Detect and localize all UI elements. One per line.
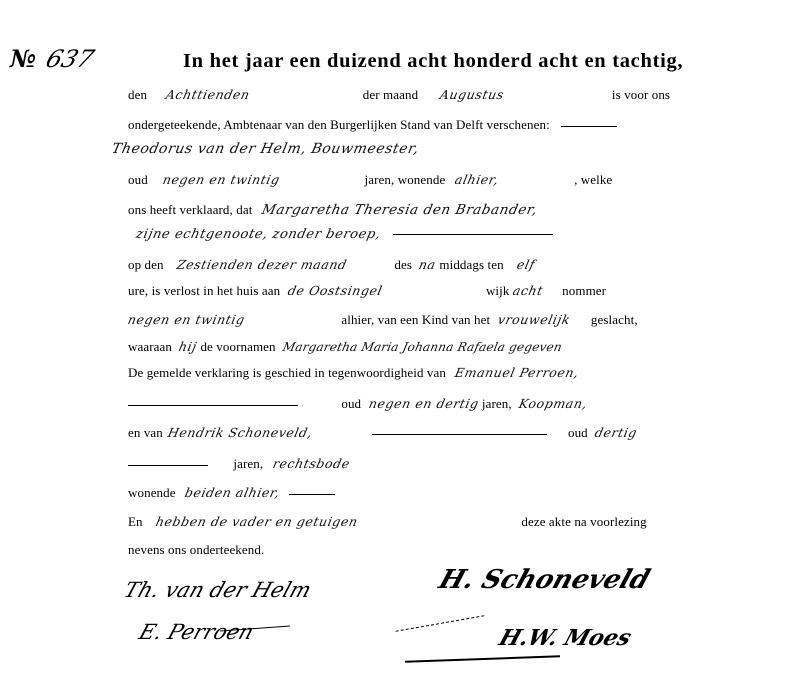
printed-text: den [128,87,147,102]
handwritten-witness1-occupation: Koopman, [517,396,589,412]
signature-witness2: H. Schoneveld [435,565,653,595]
fill-rule [128,405,298,406]
certificate-number: № 637 [10,44,93,73]
line-house-number-sex: negen en twintig alhier, van een Kind va… [128,312,638,328]
line-witness1-age: oud negen en dertig jaren, Koopman, [128,396,587,412]
line-declarant: Theodorus van der Helm, Bouwmeester, [112,141,419,157]
line-date: den Achttienden der maand Augustus is vo… [128,87,670,103]
printed-text: nevens ons onderteekend. [128,542,264,557]
printed-text: oud [568,425,588,440]
printed-text: oud [128,172,148,187]
handwritten-house-number: negen en twintig [126,312,319,328]
printed-text: En [128,514,143,529]
printed-text: waaraan [128,339,172,354]
handwritten-street: de Oostsingel [286,283,434,299]
line-mother: ons heeft verklaard, dat Margaretha Ther… [128,202,537,218]
handwritten-hour: elf [515,257,536,273]
line-witness2-occupation: jaren, rechtsbode [128,456,349,472]
fill-rule [372,434,547,435]
handwritten-witness2-age: dertig [593,425,638,441]
printed-text: middags ten [439,257,503,272]
printed-text: ondergeteekende, Ambtenaar van den Burge… [128,117,550,132]
printed-text: en van [128,425,163,440]
number-sign: № [10,44,36,73]
line-birth-place: ure, is verlost in het huis aan de Oosts… [128,283,606,299]
line-witness2: en van Hendrik Schoneveld, oud dertig [128,425,637,441]
handwritten-given-names: Margaretha Maria Johanna Rafaela gegeven [281,339,563,355]
printed-text: jaren, [482,396,512,411]
handwritten-age: negen en twintig [161,172,324,188]
handwritten-witness2: Hendrik Schoneveld, [167,425,370,441]
handwritten-witness1-age: negen en dertig [367,396,480,412]
fill-rule [561,126,617,127]
printed-text: jaren, [233,456,263,471]
printed-text: wijk [486,283,510,298]
printed-text: nommer [562,283,606,298]
line-witness-residence: wonende beiden alhier, [128,485,335,501]
line-closing: nevens ons onderteekend. [128,542,264,558]
handwritten-witness-residence: beiden alhier, [183,485,281,501]
signature-flourish [396,615,485,632]
printed-text: ons heeft verklaard, dat [128,202,252,217]
printed-text: wonende [128,485,176,500]
handwritten-pronoun: hij [178,339,199,355]
handwritten-witness1: Emanuel Perroen, [454,365,581,381]
printed-text: ure, is verlost in het huis aan [128,283,280,298]
handwritten-signers: hebben de vader en getuigen [154,514,497,530]
line-given-names: waaraan hij de voornamen Margaretha Mari… [128,339,562,355]
handwritten-ward: acht [511,283,554,299]
handwritten-mother: Margaretha Theresia den Brabander, [260,202,539,218]
handwritten-birth-day: Zestienden dezer maand [175,257,388,273]
fill-rule [128,465,208,466]
printed-text: deze akte na voorlezing [521,514,646,529]
handwritten-residence: alhier, [453,172,536,188]
fill-rule [393,234,553,235]
printed-text: , welke [574,172,612,187]
number-value: 637 [43,45,98,73]
printed-text: de voornamen [200,339,275,354]
signature-registrar: H.W. Moes [496,625,635,651]
line-witnesses-intro: De gemelde verklaring is geschied in teg… [128,365,579,381]
handwritten-declarant: Theodorus van der Helm, Bouwmeester, [110,141,420,157]
handwritten-period: na [418,257,438,273]
handwritten-day: Achttienden [165,87,343,103]
line-mother-status: zijne echtgenoote, zonder beroep, [136,226,553,243]
handwritten-witness2-occupation: rechtsbode [271,456,351,472]
printed-text: alhier, van een Kind van het [341,312,490,327]
handwritten-month: Augustus [438,87,596,103]
line-registrar: ondergeteekende, Ambtenaar van den Burge… [128,117,617,133]
printed-text: is voor ons [612,87,670,102]
signature-witness1: E. Perroen [136,620,257,644]
signature-underline [405,655,560,662]
printed-text: des [394,257,412,272]
printed-text: geslacht, [591,312,638,327]
handwritten-sex: vrouwelijk [496,312,589,328]
signature-father: Th. van der Helm [121,578,314,602]
printed-text: oud [341,396,361,411]
line-age-residence: oud negen en twintig jaren, wonende alhi… [128,172,612,188]
document-title: In het jaar een duizend acht honderd ach… [183,50,683,73]
printed-text: De gemelde verklaring is geschied in teg… [128,365,446,380]
printed-text: der maand [363,87,418,102]
handwritten-mother-status: zijne echtgenoote, zonder beroep, [134,227,382,243]
fill-rule [289,494,335,495]
printed-text: op den [128,257,164,272]
line-birth-date: op den Zestienden dezer maand des na mid… [128,257,535,273]
certificate-page: № 637 In het jaar een duizend acht honde… [0,0,800,700]
line-signing: En hebben de vader en getuigen deze akte… [128,514,647,530]
printed-text: jaren, wonende [365,172,446,187]
